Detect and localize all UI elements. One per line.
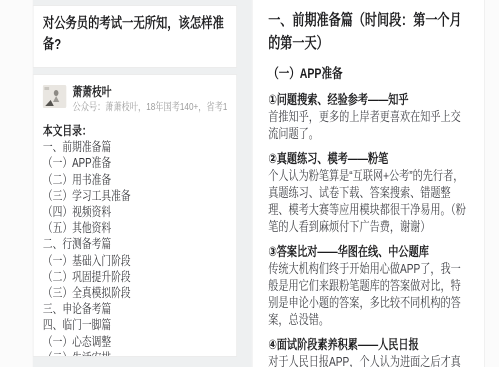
toc-item: 二、行测备考篇 bbox=[43, 236, 227, 252]
entry-body: 传统大机构们终于开始用心做APP了，我一般是用它们来跟粉笔题库的答案做对比，特别… bbox=[268, 260, 470, 328]
author-bio: 公众号：萧萧枝叶，18年国考140+，省考1... bbox=[73, 101, 227, 114]
question-card: 对公务员的考试一无所知，该怎样准备? bbox=[33, 5, 237, 68]
entry-heading: ③答案比对——华图在线、中公题库 bbox=[268, 243, 470, 260]
avatar-sketch-icon bbox=[43, 85, 66, 108]
answer-content-card: 一、前期准备篇（时间段：第一个月的第一天） （一）APP准备 ①问题搜索、经验参… bbox=[252, 0, 485, 367]
toc-item: 四、临门一脚篇 bbox=[43, 317, 227, 333]
toc-item: （三）学习工具准备 bbox=[43, 188, 227, 204]
answer-entry: ④面试阶段素养积累——人民日报 对于人民日报APP，个人认为进面之后才真 bbox=[268, 336, 470, 367]
toc-item: 一、前期准备篇 bbox=[43, 139, 227, 155]
toc-heading: 本文目录： bbox=[43, 123, 227, 139]
page: 对公务员的考试一无所知，该怎样准备? 萧萧枝叶 公众号：萧萧枝叶，18年国考14… bbox=[0, 0, 499, 367]
entry-list: ①问题搜索、经验参考——知乎 首推知乎，更多的上岸者更喜欢在知乎上交流问题了。 … bbox=[268, 91, 470, 367]
toc-item: （四）视频资料 bbox=[43, 204, 227, 220]
answer-summary-card: 萧萧枝叶 公众号：萧萧枝叶，18年国考140+，省考1... 本文目录： 一、前… bbox=[33, 74, 237, 357]
toc-item: （五）其他资料 bbox=[43, 220, 227, 236]
answer-entry: ②真题练习、模考——粉笔 个人认为粉笔算是“互联网+公考”的先行者，真题练习、试… bbox=[268, 150, 470, 235]
toc-item: 三、申论备考篇 bbox=[43, 301, 227, 317]
author-row: 萧萧枝叶 公众号：萧萧枝叶，18年国考140+，省考1... bbox=[43, 85, 227, 114]
answer-entry: ③答案比对——华图在线、中公题库 传统大机构们终于开始用心做APP了，我一般是用… bbox=[268, 243, 470, 328]
toc-item: （三）全真模拟阶段 bbox=[43, 285, 227, 301]
entry-body: 对于人民日报APP，个人认为进面之后才真 bbox=[268, 353, 470, 367]
toc-item: （二）用书准备 bbox=[43, 172, 227, 188]
toc-item: （二）生活安排 bbox=[43, 350, 227, 357]
toc-item: （一）心态调整 bbox=[43, 334, 227, 350]
entry-body: 个人认为粉笔算是“互联网+公考”的先行者，真题练习、试卷下载、答案搜索、错题整理… bbox=[268, 167, 470, 235]
toc-item: （一）基础入门阶段 bbox=[43, 253, 227, 269]
author-name[interactable]: 萧萧枝叶 bbox=[73, 85, 227, 99]
content-stage: 对公务员的考试一无所知，该怎样准备? 萧萧枝叶 公众号：萧萧枝叶，18年国考14… bbox=[0, 0, 499, 367]
author-avatar[interactable] bbox=[43, 85, 66, 108]
answer-entry: ①问题搜索、经验参考——知乎 首推知乎，更多的上岸者更喜欢在知乎上交流问题了。 bbox=[268, 91, 470, 142]
entry-heading: ①问题搜索、经验参考——知乎 bbox=[268, 91, 470, 108]
entry-body: 首推知乎，更多的上岸者更喜欢在知乎上交流问题了。 bbox=[268, 108, 470, 142]
section-title: 一、前期准备篇（时间段：第一个月的第一天） bbox=[268, 9, 470, 55]
author-meta: 萧萧枝叶 公众号：萧萧枝叶，18年国考140+，省考1... bbox=[73, 85, 227, 114]
entry-heading: ②真题练习、模考——粉笔 bbox=[268, 150, 470, 167]
toc-item: （一）APP准备 bbox=[43, 155, 227, 171]
question-title[interactable]: 对公务员的考试一无所知，该怎样准备? bbox=[43, 14, 227, 56]
entry-heading: ④面试阶段素养积累——人民日报 bbox=[268, 336, 470, 353]
toc-list: 一、前期准备篇（一）APP准备（二）用书准备（三）学习工具准备（四）视频资料（五… bbox=[43, 139, 227, 357]
subsection-title: （一）APP准备 bbox=[268, 65, 470, 83]
toc-item: （二）巩固提升阶段 bbox=[43, 269, 227, 285]
